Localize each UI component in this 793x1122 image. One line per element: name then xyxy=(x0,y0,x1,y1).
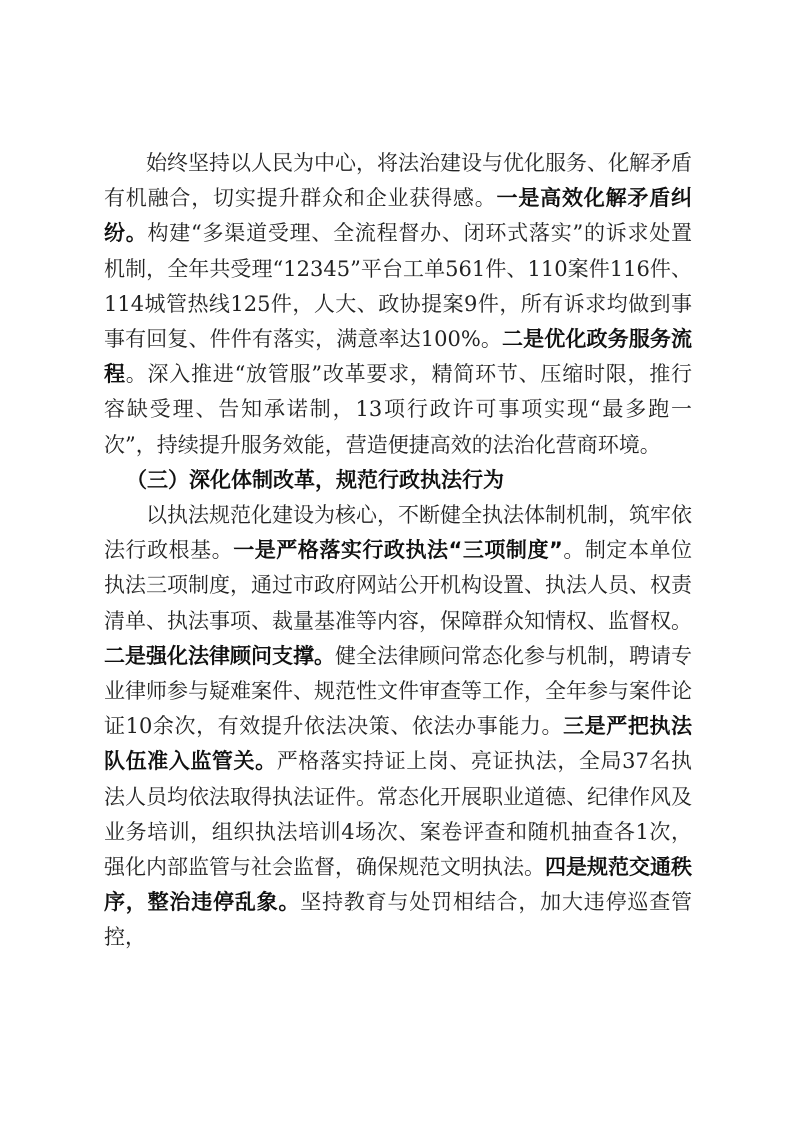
section-heading: （三）深化体制改革，规范行政执法行为 xyxy=(104,463,692,498)
bold-point-2: 二是强化法律顾问支撑。 xyxy=(104,644,335,668)
paragraph-service-optimization: 始终坚持以人民为中心，将法治建设与优化服务、化解矛盾有机融合，切实提升群众和企业… xyxy=(104,146,692,463)
document-page: 始终坚持以人民为中心，将法治建设与优化服务、化解矛盾有机融合，切实提升群众和企业… xyxy=(104,146,692,956)
bold-point-1: 一是严格落实行政执法“三项制度” xyxy=(233,538,563,562)
text-segment: 。深入推进“放管服”改革要求，精简环节、压缩时限，推行容缺受理、告知承诺制，13… xyxy=(104,362,692,456)
paragraph-law-enforcement: 以执法规范化建设为核心，不断健全执法体制机制，筑牢依法行政根基。一是严格落实行政… xyxy=(104,498,692,956)
